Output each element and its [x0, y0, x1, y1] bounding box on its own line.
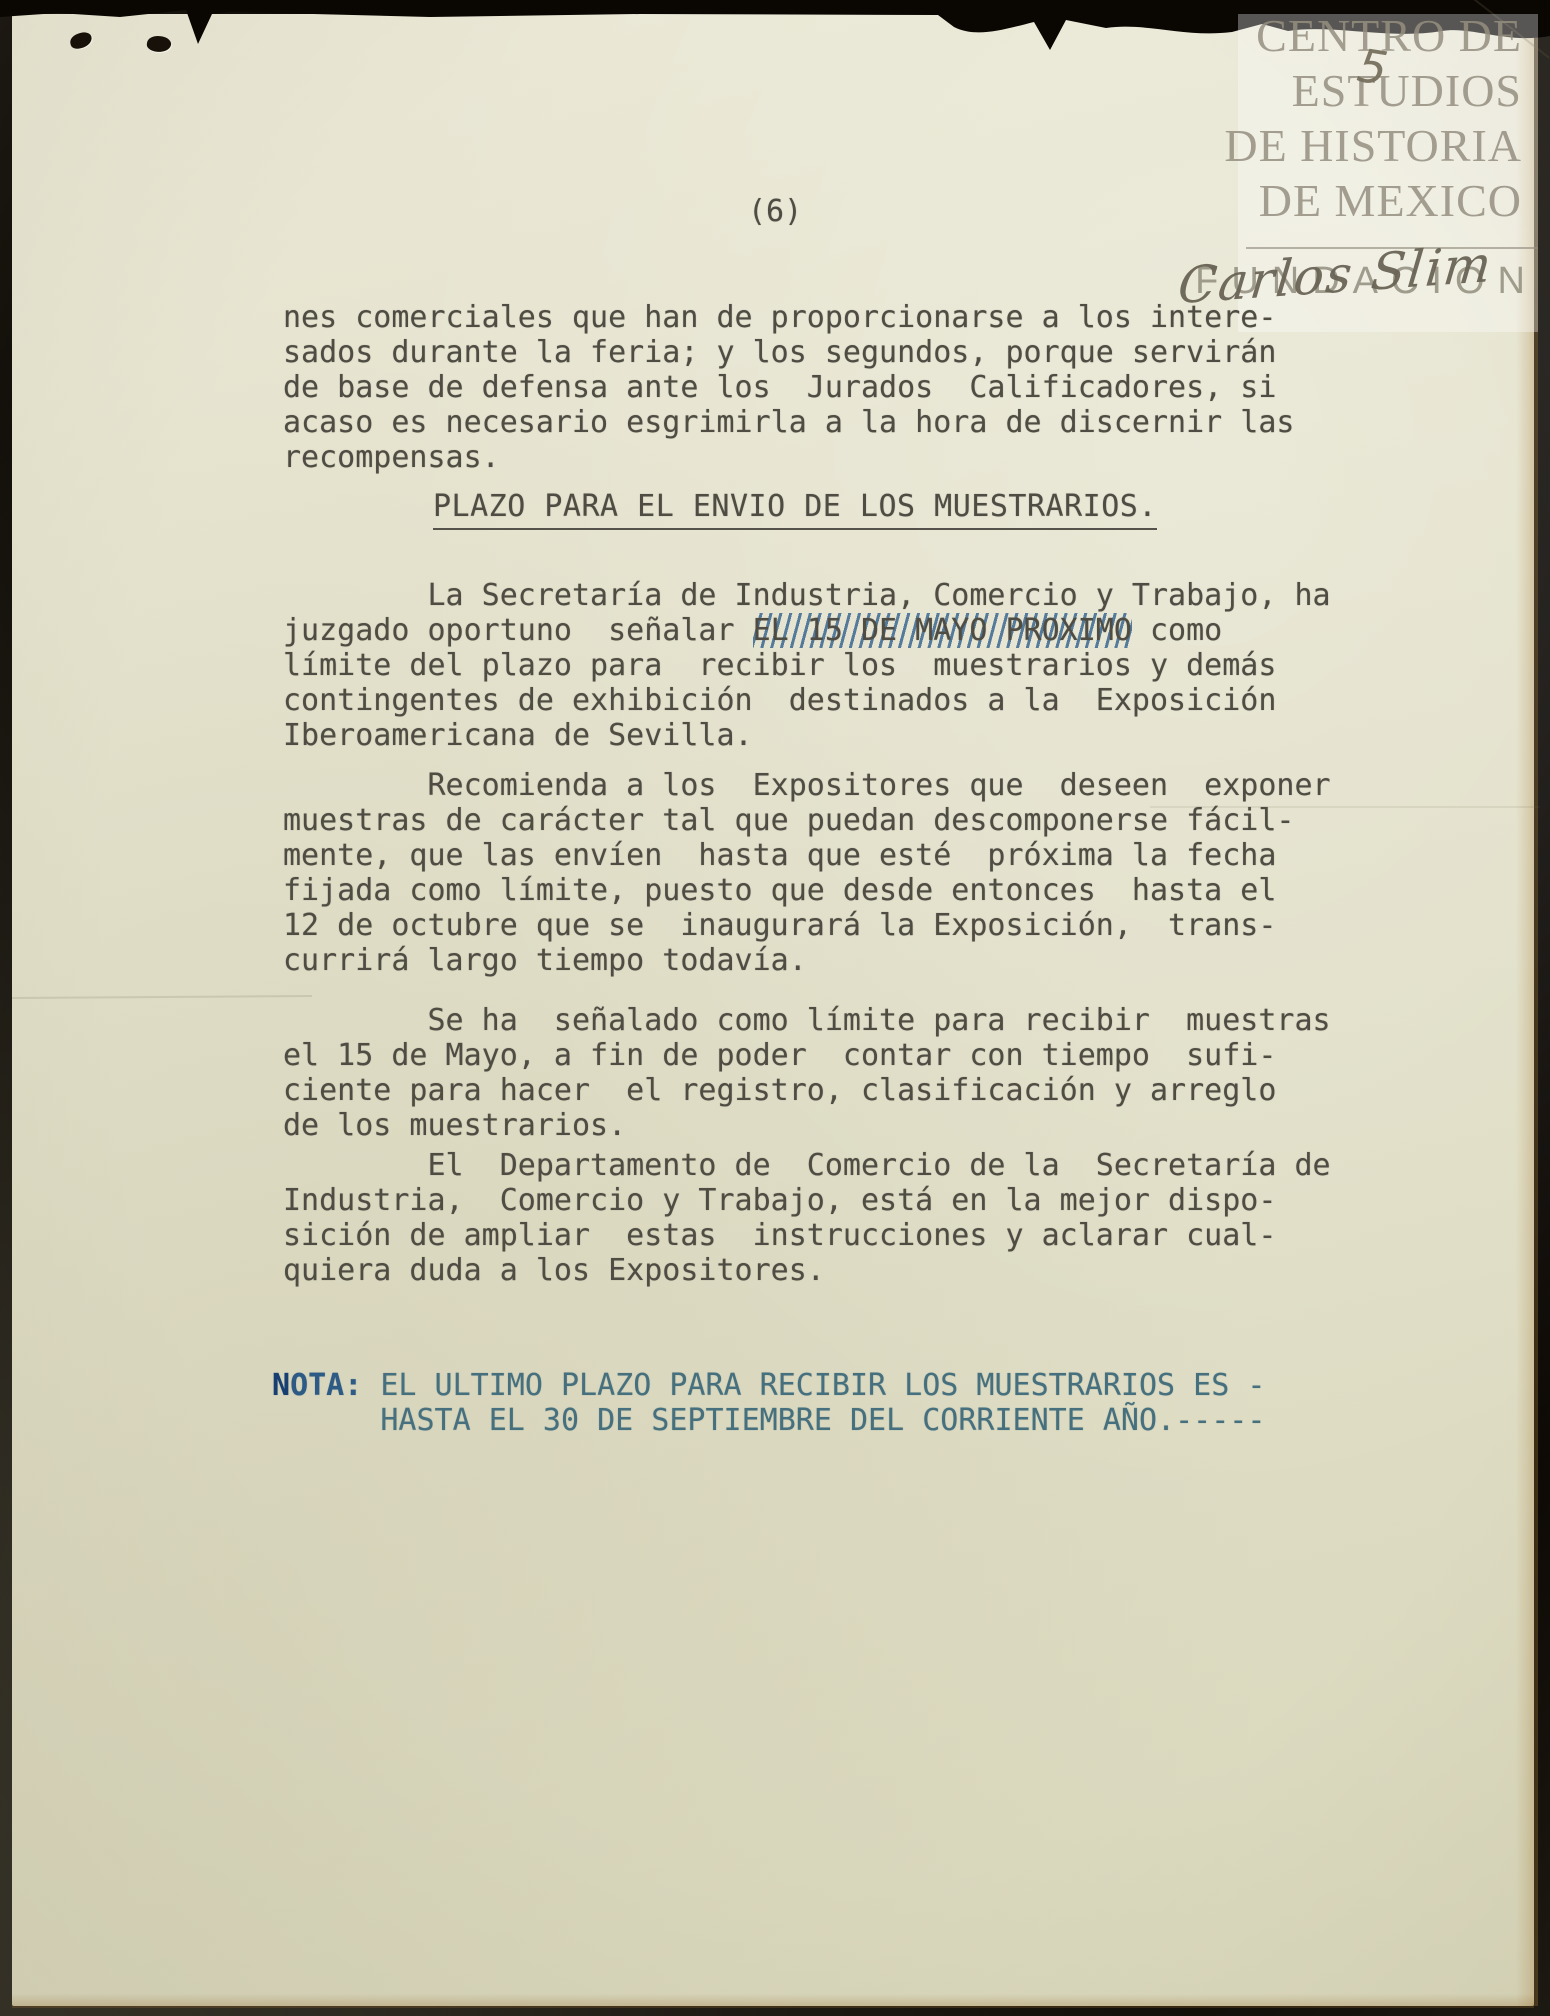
watermark-line: DE HISTORIA — [1102, 118, 1522, 173]
scanned-document-page: CENTRO DE ESTUDIOS DE HISTORIA DE MEXICO… — [0, 0, 1550, 2016]
note-label-initial: N — [272, 1368, 290, 1403]
note-text: EL ULTIMO PLAZO PARA RECIBIR LOS MUESTRA… — [272, 1368, 1265, 1438]
page-number: (6) — [748, 194, 802, 229]
section-heading: PLAZO PARA EL ENVIO DE LOS MUESTRARIOS. — [433, 489, 1157, 530]
archive-watermark: CENTRO DE ESTUDIOS DE HISTORIA DE MEXICO — [1102, 8, 1522, 228]
note-label: OTA: — [290, 1368, 362, 1403]
note-annotation: NOTA: EL ULTIMO PLAZO PARA RECIBIR LOS M… — [272, 1368, 1265, 1438]
body-paragraph-4: Se ha señalado como límite para recibir … — [283, 1003, 1331, 1143]
body-paragraph-1: nes comerciales que han de proporcionars… — [283, 300, 1294, 475]
body-paragraph-2: La Secretaría de Industria, Comercio y T… — [283, 578, 1331, 753]
crossed-out-date: EL 15 DE MAYO PROXIMO — [753, 613, 1132, 648]
watermark-line: CENTRO DE — [1102, 8, 1522, 63]
watermark-line: ESTUDIOS — [1102, 63, 1522, 118]
watermark-line: DE MEXICO — [1102, 173, 1522, 228]
body-paragraph-3: Recomienda a los Expositores que deseen … — [283, 768, 1331, 978]
body-paragraph-5: El Departamento de Comercio de la Secret… — [283, 1148, 1331, 1288]
